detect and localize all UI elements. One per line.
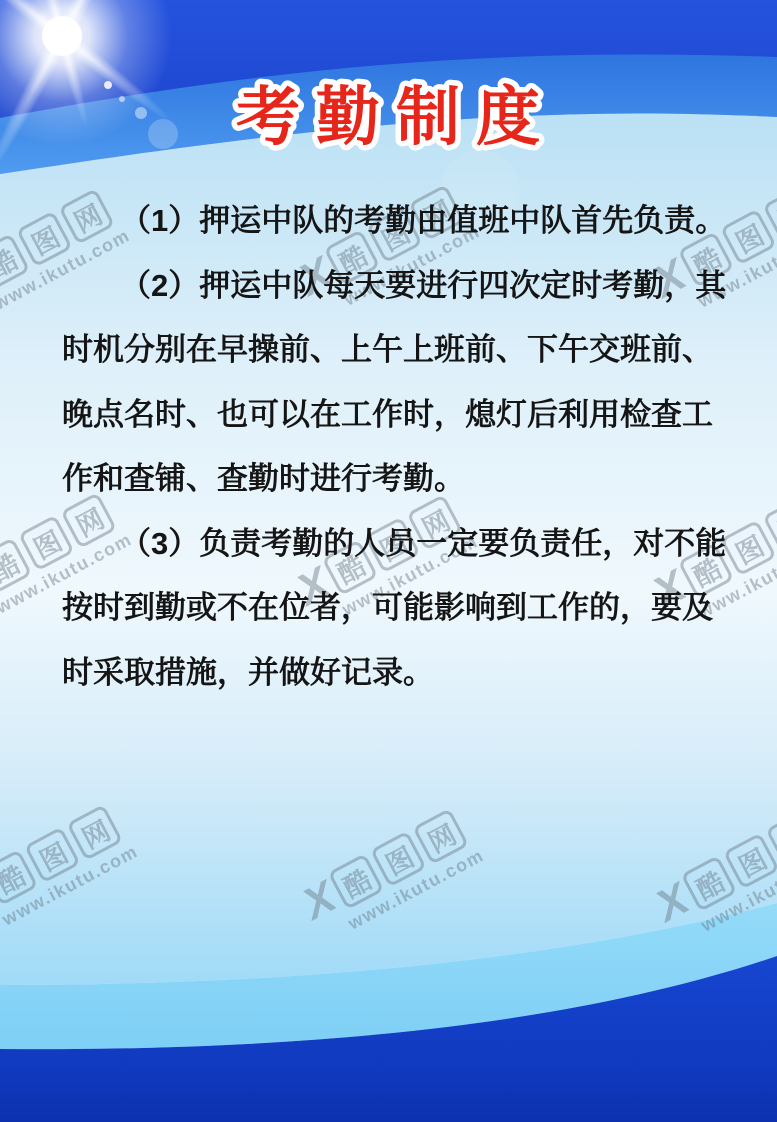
policy-line: （1）押运中队的考勤由值班中队首先负责。 [62,189,730,254]
poster-page: X 酷 图 网 www.ikutu.com X 酷 图 网 www.ikutu.… [0,0,777,1122]
policy-line: 作和查铺、查勤时进行考勤。 [62,447,730,512]
policy-line: （2）押运中队每天要进行四次定时考勤，其 [62,254,730,319]
policy-line: 晚点名时、也可以在工作时，熄灯后利用检查工 [62,383,730,448]
policy-text: （1）押运中队的考勤由值班中队首先负责。 （2）押运中队每天要进行四次定时考勤，… [62,189,730,705]
policy-line: 时机分别在早操前、上午上班前、下午交班前、 [62,318,730,383]
policy-line: （3）负责考勤的人员一定要负责任，对不能 [62,512,730,577]
policy-line: 时采取措施，并做好记录。 [62,641,730,706]
policy-line: 按时到勤或不在位者，可能影响到工作的，要及 [62,576,730,641]
